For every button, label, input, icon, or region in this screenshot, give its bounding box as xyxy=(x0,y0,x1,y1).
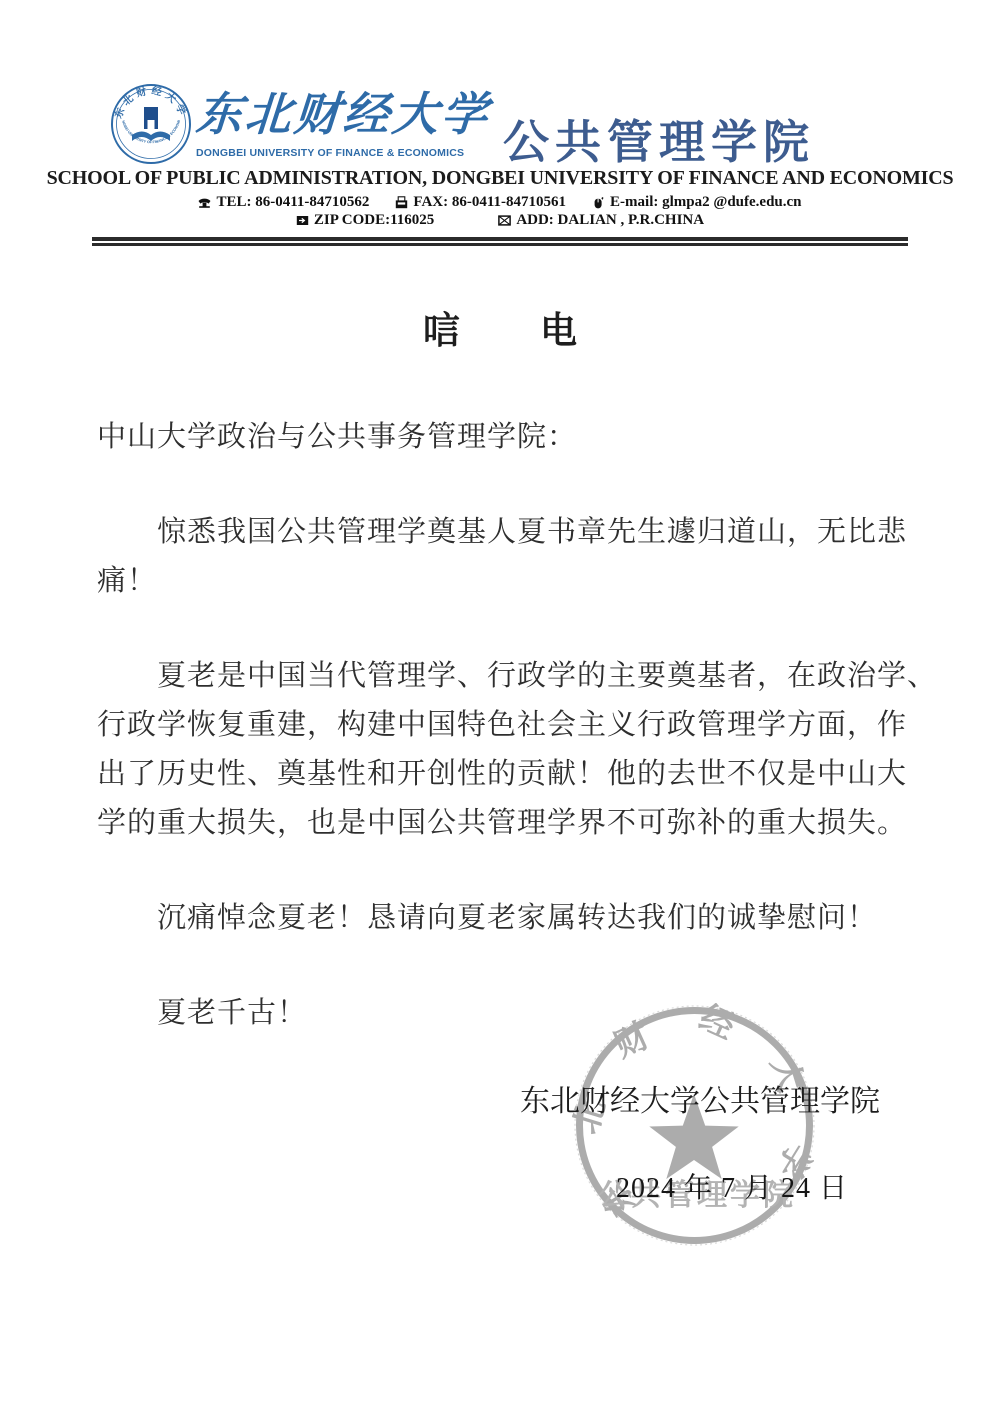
university-name-calligraphy: 东北财经大学 xyxy=(194,86,460,144)
body-line: 夏老千古！ xyxy=(97,989,909,1038)
body-line: 出了历史性、奠基性和开创性的贡献！他的去世不仅是中山大 xyxy=(97,750,909,799)
school-name-english: SCHOOL OF PUBLIC ADMINISTRATION, DONGBEI… xyxy=(0,167,1000,190)
fax-text: FAX: 86-0411-84710561 xyxy=(413,194,566,211)
letter-body: 中山大学政治与公共事务管理学院： 惊悉我国公共管理学奠基人夏书章先生遽归道山，无… xyxy=(97,413,909,1038)
body-line: 行政学恢复重建，构建中国特色社会主义行政管理学方面，作 xyxy=(97,701,909,750)
body-line: 惊悉我国公共管理学奠基人夏书章先生遽归道山，无比悲 xyxy=(97,508,909,557)
email-item: E-mail: glmpa2 @dufe.edu.cn xyxy=(592,194,801,211)
email-text: E-mail: glmpa2 @dufe.edu.cn xyxy=(610,194,801,211)
mouse-icon xyxy=(592,196,605,209)
document-title: 唁 电 xyxy=(0,300,1000,354)
letterhead-divider xyxy=(92,237,908,246)
fax-item: FAX: 86-0411-84710561 xyxy=(395,194,566,211)
fax-icon xyxy=(395,196,408,209)
body-line: 夏老是中国当代管理学、行政学的主要奠基者，在政治学、 xyxy=(97,652,909,701)
envelope-x-icon xyxy=(498,214,511,227)
mail-card-icon xyxy=(296,214,309,227)
college-name: 公共管理学院 xyxy=(503,106,815,172)
signature-organization: 东北财经大学公共管理学院 xyxy=(520,1076,880,1120)
phone-icon xyxy=(198,196,211,209)
official-seal: 东北财经大学 公共管理学院 xyxy=(572,1003,817,1248)
title-char-2: 电 xyxy=(540,300,577,354)
university-emblem-icon: 东北财经大学 DONGBEI UNIVERSITY OF FINANCE & E… xyxy=(110,83,192,165)
body-line: 痛！ xyxy=(97,557,909,606)
body-line: 沉痛悼念夏老！恳请向夏老家属转达我们的诚挚慰问！ xyxy=(97,894,909,943)
title-char-1: 唁 xyxy=(423,300,460,354)
tel-text: TEL: 86-0411-84710562 xyxy=(216,194,369,211)
body-line: 学的重大损失，也是中国公共管理学界不可弥补的重大损失。 xyxy=(97,799,909,848)
add-text: ADD: DALIAN , P.R.CHINA xyxy=(516,212,704,229)
zip-item: ZIP CODE:116025 xyxy=(296,212,434,229)
signature-date: 2024 年 7 月 24 日 xyxy=(616,1166,848,1206)
university-name-english: DONGBEI UNIVERSITY OF FINANCE & ECONOMIC… xyxy=(196,147,458,159)
contact-row-2: ZIP CODE:116025 ADD: DALIAN , P.R.CHINA xyxy=(296,212,704,229)
tel-item: TEL: 86-0411-84710562 xyxy=(198,194,369,211)
contact-info: TEL: 86-0411-84710562 FAX: 86-0411-84710… xyxy=(0,194,1000,229)
zip-text: ZIP CODE:116025 xyxy=(314,212,434,229)
add-item: ADD: DALIAN , P.R.CHINA xyxy=(498,212,704,229)
contact-row-1: TEL: 86-0411-84710562 FAX: 86-0411-84710… xyxy=(198,194,801,211)
salutation: 中山大学政治与公共事务管理学院： xyxy=(97,413,909,462)
condolence-letter-page: 东北财经大学 DONGBEI UNIVERSITY OF FINANCE & E… xyxy=(0,0,1000,1414)
